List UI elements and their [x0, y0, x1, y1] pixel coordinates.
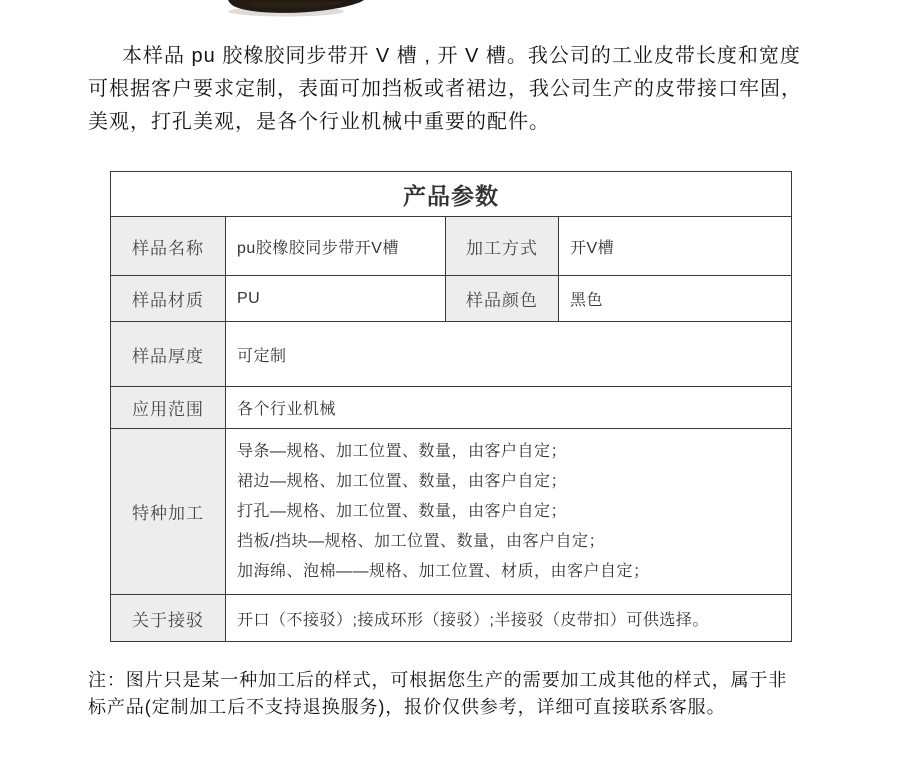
thickness-label: 样品厚度 [111, 322, 226, 387]
material-label: 样品材质 [111, 276, 226, 322]
special-processing-value: 导条—规格、加工位置、数量，由客户自定； 裙边—规格、加工位置、数量，由客户自定… [226, 429, 792, 595]
splicing-label: 关于接驳 [111, 595, 226, 642]
splicing-value: 开口（不接驳）;接成环形（接驳）;半接驳（皮带扣）可供选择。 [226, 595, 792, 642]
process-method-value: 开V槽 [559, 217, 792, 276]
intro-line-3: 美观，打孔美观，是各个行业机械中重要的配件。 [88, 106, 814, 139]
color-label: 样品颜色 [446, 276, 559, 322]
special-processing-line-3: 打孔—规格、加工位置、数量，由客户自定； [237, 497, 791, 527]
application-value: 各个行业机械 [226, 387, 792, 429]
thickness-value: 可定制 [226, 322, 792, 387]
product-parameters-table: 产品参数 样品名称 pu胶橡胶同步带开V槽 加工方式 开V槽 样品材质 PU 样… [110, 171, 792, 642]
intro-paragraph: 本样品 pu 胶橡胶同步带开 V 槽 , 开 V 槽。我公司的工业皮带长度和宽度… [88, 40, 814, 139]
table-row-special-processing: 特种加工 导条—规格、加工位置、数量，由客户自定； 裙边—规格、加工位置、数量，… [111, 429, 792, 595]
table-title: 产品参数 [111, 172, 792, 217]
special-processing-line-5: 加海绵、泡棉——规格、加工位置、材质，由客户自定； [237, 557, 791, 587]
special-processing-line-1: 导条—规格、加工位置、数量，由客户自定； [237, 437, 791, 467]
sample-name-value: pu胶橡胶同步带开V槽 [226, 217, 446, 276]
application-label: 应用范围 [111, 387, 226, 429]
table-row-material: 样品材质 PU 样品颜色 黑色 [111, 276, 792, 322]
belt-photo-fragment-image [226, 0, 371, 20]
sample-name-label: 样品名称 [111, 217, 226, 276]
table-row-application: 应用范围 各个行业机械 [111, 387, 792, 429]
special-processing-label: 特种加工 [111, 429, 226, 595]
table-title-row: 产品参数 [111, 172, 792, 217]
note-paragraph: 注：图片只是某一种加工后的样式，可根据您生产的需要加工成其他的样式，属于非 标产… [88, 667, 818, 721]
intro-line-2: 可根据客户要求定制，表面可加挡板或者裙边，我公司生产的皮带接口牢固， [88, 73, 814, 106]
note-line-1: 注：图片只是某一种加工后的样式，可根据您生产的需要加工成其他的样式，属于非 [88, 667, 818, 694]
process-method-label: 加工方式 [446, 217, 559, 276]
intro-line-1: 本样品 pu 胶橡胶同步带开 V 槽 , 开 V 槽。我公司的工业皮带长度和宽度 [88, 40, 814, 73]
table-row-thickness: 样品厚度 可定制 [111, 322, 792, 387]
table-row-splicing: 关于接驳 开口（不接驳）;接成环形（接驳）;半接驳（皮带扣）可供选择。 [111, 595, 792, 642]
table-row-sample-name: 样品名称 pu胶橡胶同步带开V槽 加工方式 开V槽 [111, 217, 792, 276]
color-value: 黑色 [559, 276, 792, 322]
material-value: PU [226, 276, 446, 322]
note-line-2: 标产品(定制加工后不支持退换服务)，报价仅供参考，详细可直接联系客服。 [88, 694, 818, 721]
special-processing-line-2: 裙边—规格、加工位置、数量，由客户自定； [237, 467, 791, 497]
special-processing-line-4: 挡板/挡块—规格、加工位置、数量，由客户自定； [237, 527, 791, 557]
